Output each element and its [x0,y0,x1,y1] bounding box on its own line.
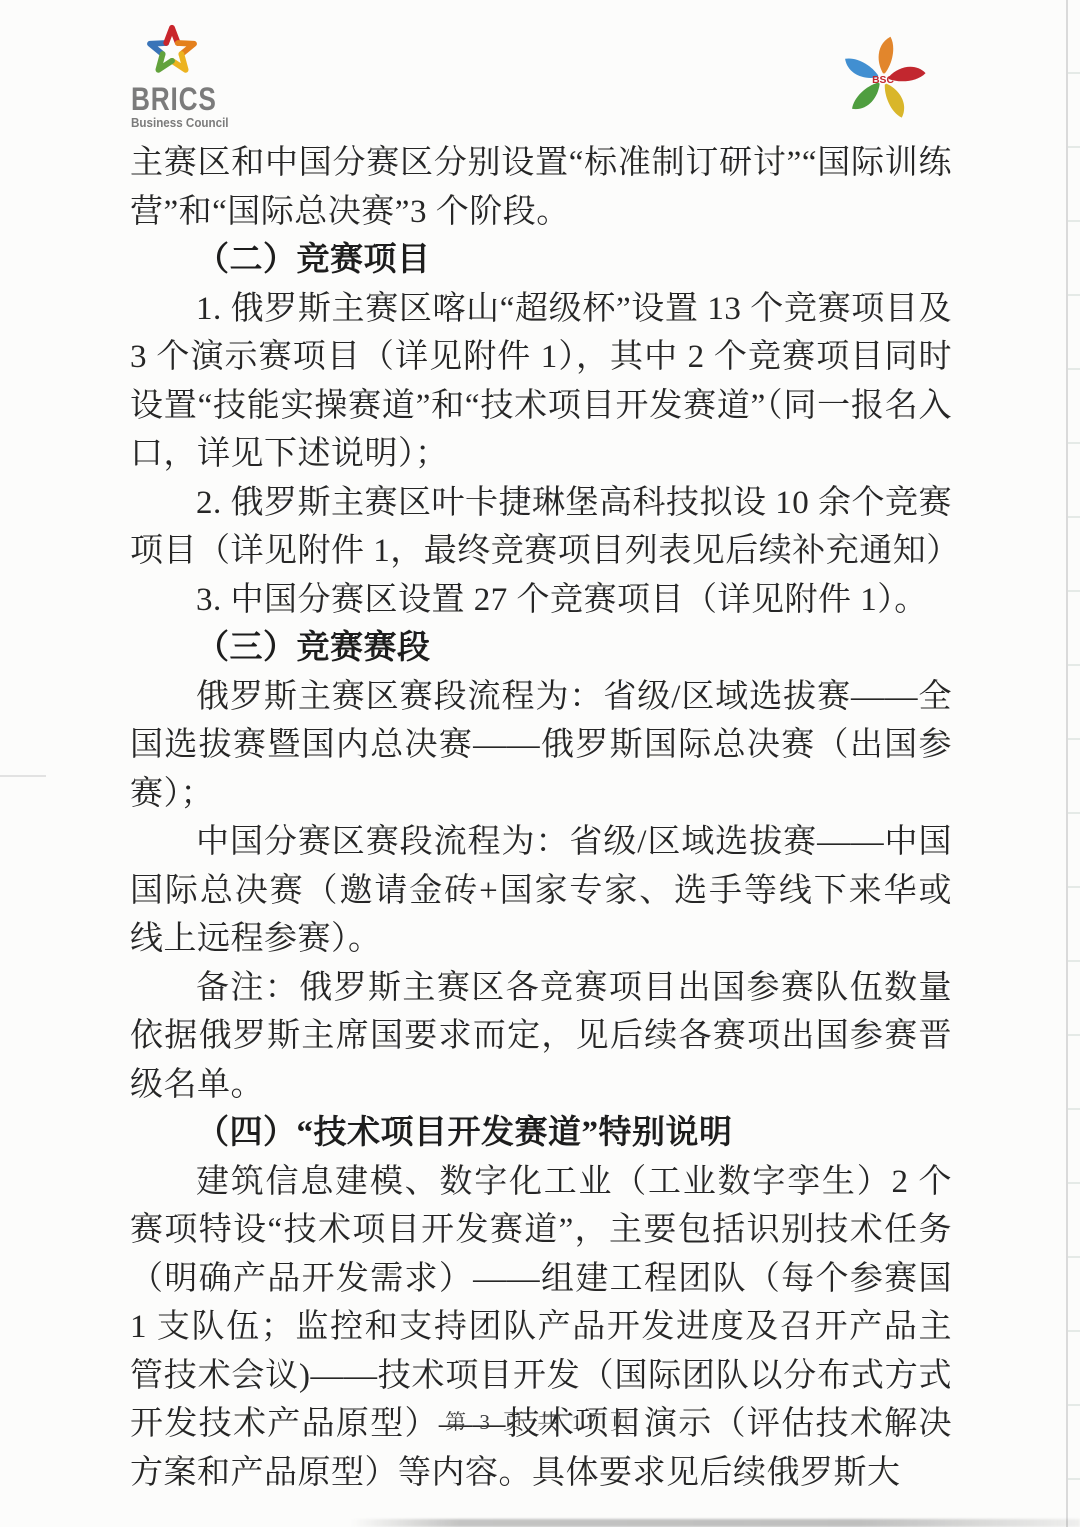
paragraph-note: 备注：俄罗斯主赛区各竞赛项目出国参赛队伍数量依据俄罗斯主席国要求而定，见后续各赛… [130,964,952,1110]
section-heading-tech-track: （四）“技术项目开发赛道”特别说明 [130,1109,952,1158]
paragraph-item-3: 3. 中国分赛区设置 27 个竞赛项目（详见附件 1）。 [130,576,952,625]
brics-wordmark: BRICS [131,83,221,115]
document-body: 主赛区和中国分赛区分别设置“标准制订研讨”“国际训练营”和“国际总决赛”3 个阶… [130,139,952,1497]
scan-artifact-line [0,775,46,777]
paragraph-item-2: 2. 俄罗斯主赛区叶卡捷琳堡高科技拟设 10 余个竞赛项目（详见附件 1，最终竞… [130,479,952,576]
petal-orange [879,37,894,74]
brics-subtitle: Business Council [131,117,233,131]
section-heading-competition-events: （二）竞赛项目 [130,236,952,285]
paragraph-china-stages: 中国分赛区赛段流程为：省级/区域选拔赛——中国国际总决赛（邀请金砖+国家专家、选… [130,818,952,964]
star-segment-green [158,54,172,70]
paragraph-continuation: 主赛区和中国分赛区分别设置“标准制订研讨”“国际训练营”和“国际总决赛”3 个阶… [130,139,952,236]
brics-star-icon [141,22,203,80]
section-heading-competition-stages: （三）竞赛赛段 [130,624,952,673]
paragraph-tech-track-detail: 建筑信息建模、数字化工业（工业数字孪生）2 个赛项特设“技术项目开发赛道”，主要… [130,1158,952,1498]
bsc-pinwheel-logo: BSC [836,32,930,126]
page-number: 第 3 页 共 17 页 [0,1406,1080,1436]
page-edge-ruled-strip [1068,0,1080,1527]
paragraph-item-1: 1. 俄罗斯主赛区喀山“超级杯”设置 13 个竞赛项目及 3 个演示赛项目（详见… [130,285,952,479]
paragraph-russia-stages: 俄罗斯主赛区赛段流程为：省级/区域选拔赛——全国选拔赛暨国内总决赛——俄罗斯国际… [130,673,952,819]
document-page: BRICS Business Council BSC 主赛区和中国分赛区分别设置… [0,0,1080,1527]
scan-bottom-shadow [350,1519,1080,1527]
petal-yellow [878,81,911,119]
brics-logo: BRICS Business Council [131,22,241,131]
bsc-monogram: BSC [872,75,894,86]
